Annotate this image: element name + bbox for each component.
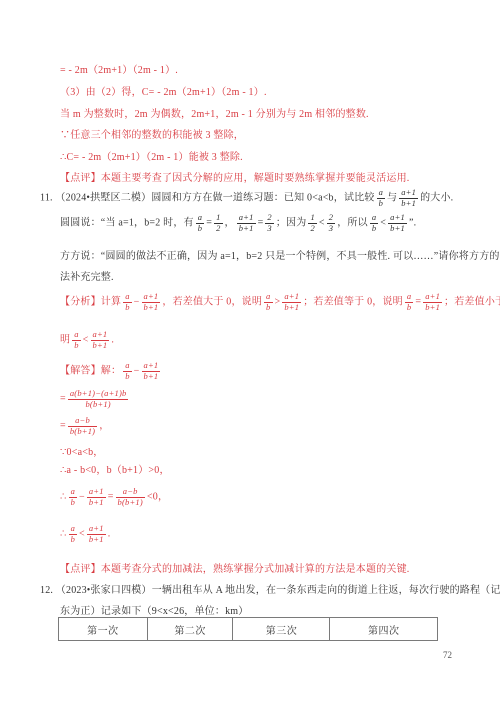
text-line-10: 法补充完整. xyxy=(60,269,114,286)
text-line-12: 明ab<a+1b+1. xyxy=(60,330,114,351)
fraction: 12 xyxy=(308,213,316,234)
text-line-19: ∴ab<a+1b+1. xyxy=(60,524,110,545)
text-line-18: ∴ab−a+1b+1=a−bb(b+1)<0， xyxy=(60,487,168,508)
text-line-15: =a−bb(b+1)， xyxy=(60,416,109,437)
document-page: = - 2m（2m+1）（2m - 1）.（3）由（2）得，C= - 2m（2m… xyxy=(0,0,500,707)
text-line-11: 【分析】计算ab−a+1b+1，若差值大于 0，说明ab>a+1b+1；若差值等… xyxy=(60,292,500,313)
text-line-16: ∵0<a<b， xyxy=(60,444,103,461)
page-number: 72 xyxy=(443,650,452,660)
text-line-13: 【解答】解：ab−a+1b+1 xyxy=(60,361,162,382)
fraction: ab xyxy=(196,213,204,234)
fraction: a+1b+1 xyxy=(399,188,418,209)
text-line-2: （3）由（2）得，C= - 2m（2m+1）（2m - 1）. xyxy=(60,84,267,101)
text-line-7: 11. （2024•拱墅区二模）圆圆和方方在做一道练习题：已知 0<a<b，试比… xyxy=(40,188,453,209)
text-line-14: =a(b+1)−(a+1)bb(b+1) xyxy=(60,389,130,410)
text-line-1: = - 2m（2m+1）（2m - 1）. xyxy=(60,62,178,79)
table-cell-trip-2: 第二次 xyxy=(147,618,233,641)
fraction: a+1b+1 xyxy=(388,213,407,234)
table-cell-trip-4: 第四次 xyxy=(330,618,438,641)
fraction: a+1b+1 xyxy=(142,292,161,313)
text-line-4: ∵任意三个相邻的整数的积能被 3 整除， xyxy=(60,127,244,144)
fraction: ab xyxy=(69,524,77,545)
fraction: a+1b+1 xyxy=(87,524,106,545)
fraction: 23 xyxy=(265,213,273,234)
text-line-8: 圆圆说：“当 a=1，b=2 时，有ab=12，a+1b+1=23；因为12<2… xyxy=(60,213,416,234)
text-line-5: ∴C= - 2m（2m+1）（2m - 1）能被 3 整除. xyxy=(60,149,243,166)
text-line-3: 当 m 为整数时，2m 为偶数，2m+1，2m - 1 分别为与 2m 相邻的整… xyxy=(60,106,369,123)
fraction: ab xyxy=(264,292,272,313)
fraction: ab xyxy=(377,188,385,209)
fraction: 23 xyxy=(327,213,335,234)
trip-distance-table: 第一次 第二次 第三次 第四次 xyxy=(58,617,438,641)
fraction: a−bb(b+1) xyxy=(116,487,145,508)
table-header-row: 第一次 第二次 第三次 第四次 xyxy=(59,618,438,641)
fraction: a+1b+1 xyxy=(282,292,301,313)
text-line-20: 【点评】本题考查分式的加减法，熟练掌握分式加减计算的方法是本题的关键. xyxy=(60,561,410,578)
fraction: a+1b+1 xyxy=(142,361,161,382)
fraction: a−bb(b+1) xyxy=(68,416,97,437)
fraction: a(b+1)−(a+1)bb(b+1) xyxy=(68,389,129,410)
fraction: a+1b+1 xyxy=(423,292,442,313)
fraction: ab xyxy=(370,213,378,234)
fraction: ab xyxy=(405,292,413,313)
text-line-17: ∴a - b<0，b（b+1）>0， xyxy=(60,462,170,479)
fraction: a+1b+1 xyxy=(91,330,110,351)
fraction: ab xyxy=(123,292,131,313)
fraction: ab xyxy=(123,361,131,382)
text-line-21: 12. （2023•张家口四模）一辆出租车从 A 地出发，在一条东西走向的街道上… xyxy=(40,582,500,599)
text-line-9: 方方说：“圆圆的做法不正确，因为 a=1，b=2 只是一个特例，不具一般性. 可… xyxy=(60,248,500,265)
table-cell-trip-3: 第三次 xyxy=(233,618,330,641)
fraction: 12 xyxy=(214,213,222,234)
fraction: ab xyxy=(72,330,80,351)
text-line-6: 【点评】本题主要考查了因式分解的应用，解题时要熟练掌握并要能灵活运用. xyxy=(60,170,410,187)
fraction: a+1b+1 xyxy=(237,213,256,234)
table-cell-trip-1: 第一次 xyxy=(59,618,148,641)
fraction: a+1b+1 xyxy=(87,487,106,508)
fraction: ab xyxy=(69,487,77,508)
